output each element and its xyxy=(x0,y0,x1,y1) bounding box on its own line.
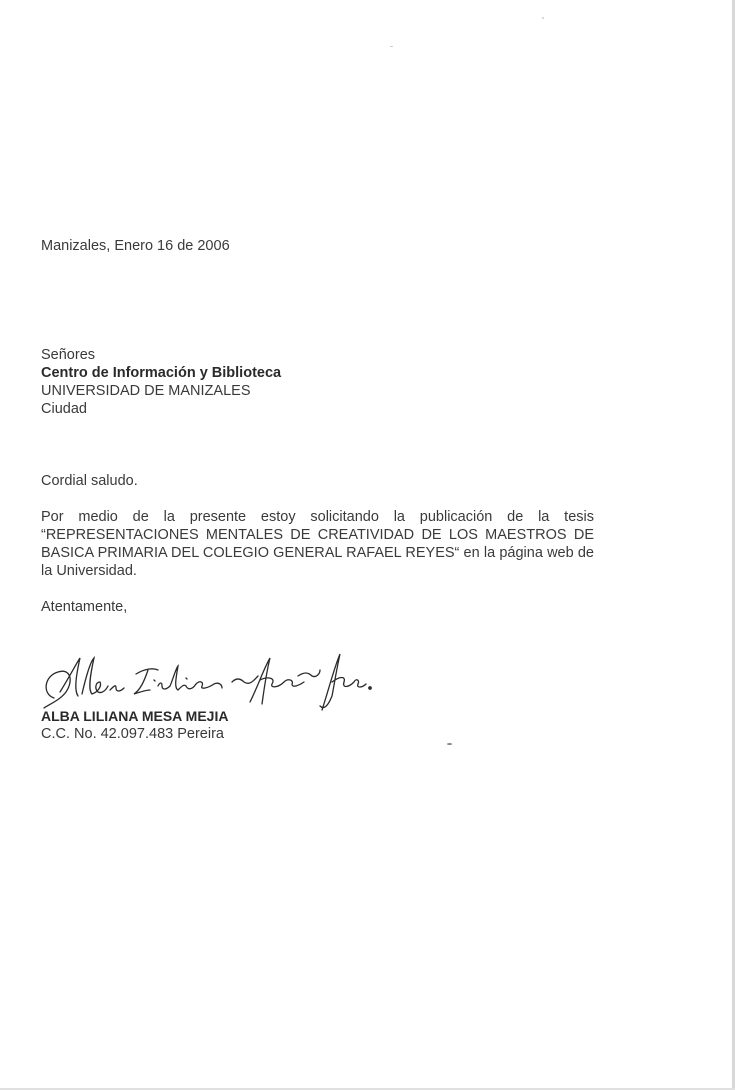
scan-speck xyxy=(542,17,544,19)
scan-speck xyxy=(390,46,393,47)
closing: Atentamente, xyxy=(41,598,127,616)
recipient-institution: UNIVERSIDAD DE MANIZALES xyxy=(41,382,251,400)
greeting: Cordial saludo. xyxy=(41,472,138,490)
recipient-title: Señores xyxy=(41,346,95,364)
signer-name: ALBA LILIANA MESA MEJIA xyxy=(41,707,228,725)
letter-body: Por medio de la presente estoy solicitan… xyxy=(41,508,594,580)
scan-speck xyxy=(447,743,452,745)
place-date: Manizales, Enero 16 de 2006 xyxy=(41,237,230,255)
recipient-city: Ciudad xyxy=(41,400,87,418)
signer-id: C.C. No. 42.097.483 Pereira xyxy=(41,725,224,743)
recipient-department: Centro de Información y Biblioteca xyxy=(41,364,281,382)
